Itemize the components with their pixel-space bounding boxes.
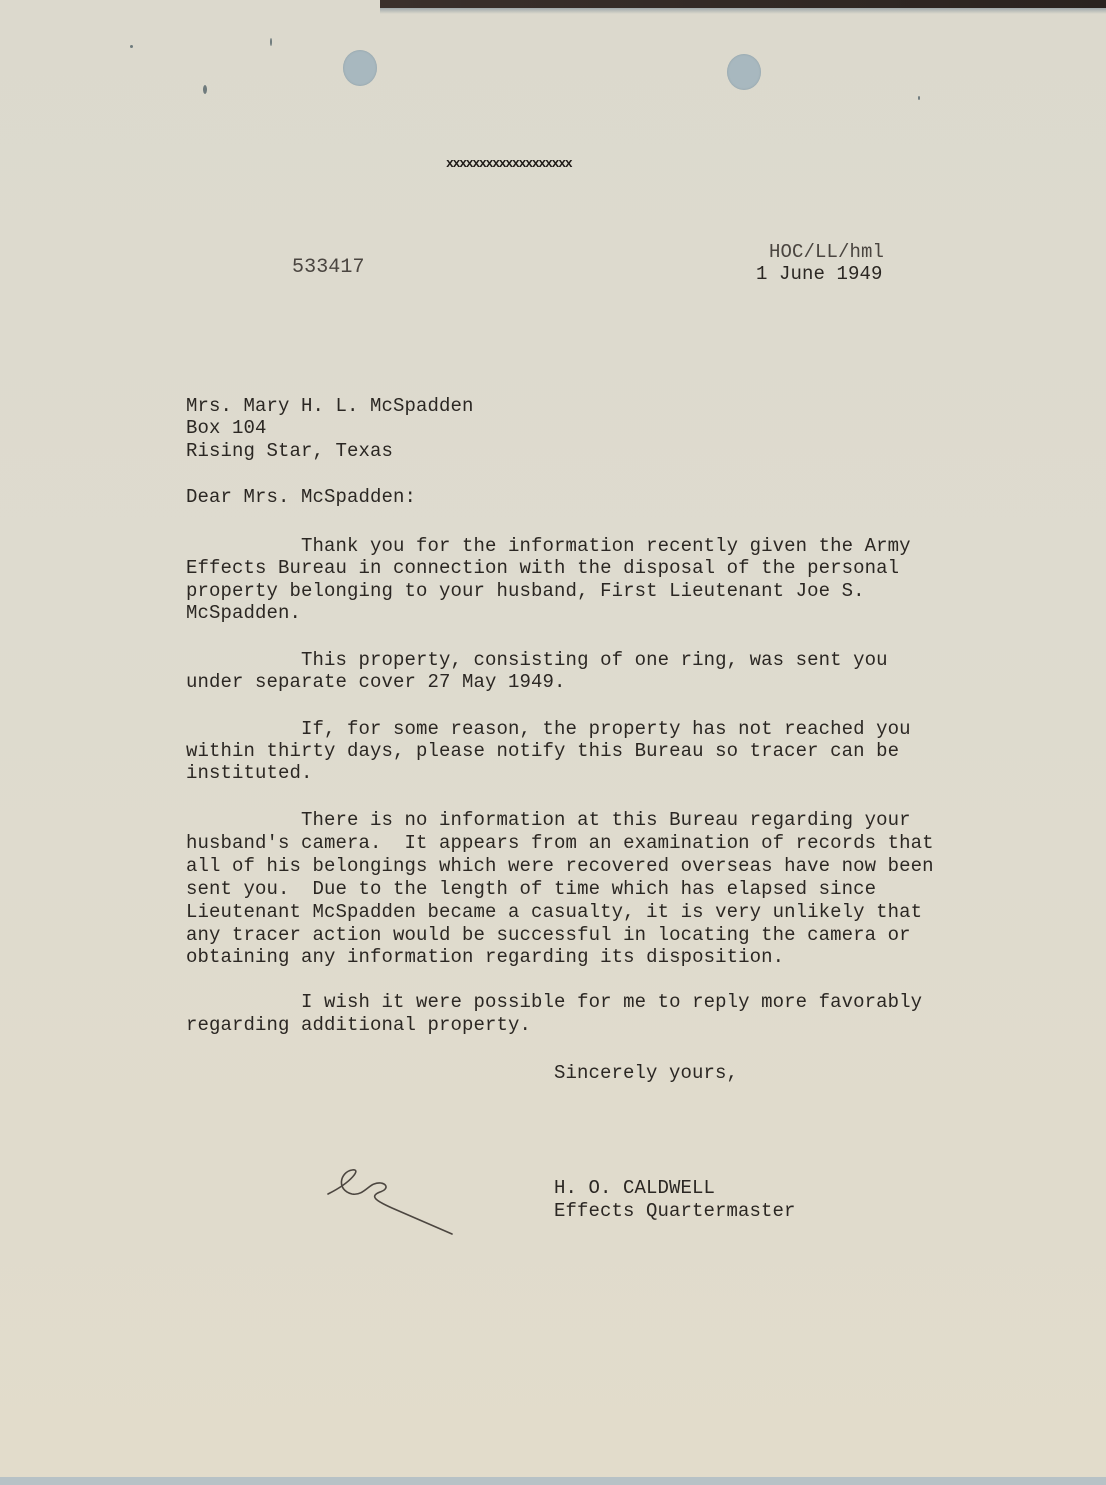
scan-bottom-edge <box>0 1477 1106 1485</box>
closing: Sincerely yours, <box>554 1062 738 1085</box>
letter-page: xxxxxxxxxxxxxxxxxxx 533417 HOC/LL/hml 1 … <box>0 0 1106 1485</box>
paper-speck <box>130 45 133 48</box>
body-line: husband's camera. It appears from an exa… <box>186 832 934 855</box>
scan-top-edge <box>380 0 1106 8</box>
body-line: McSpadden. <box>186 602 301 625</box>
body-line: obtaining any information regarding its … <box>186 946 784 969</box>
body-line: property belonging to your husband, Firs… <box>186 580 865 603</box>
paper-speck <box>203 85 207 94</box>
body-line: There is no information at this Bureau r… <box>186 809 911 832</box>
body-line: Thank you for the information recently g… <box>186 535 911 558</box>
signer-name: H. O. CALDWELL <box>554 1177 715 1200</box>
body-line: sent you. Due to the length of time whic… <box>186 878 876 901</box>
recipient-city: Rising Star, Texas <box>186 440 393 463</box>
signature-initials-icon <box>322 1160 462 1240</box>
body-line: Effects Bureau in connection with the di… <box>186 557 899 580</box>
recipient-name: Mrs. Mary H. L. McSpadden <box>186 395 474 418</box>
body-line: This property, consisting of one ring, w… <box>186 649 888 672</box>
body-line: Lieutenant McSpadden became a casualty, … <box>186 901 922 924</box>
recipient-box: Box 104 <box>186 417 267 440</box>
punch-hole-right <box>727 54 761 90</box>
paper-speck <box>918 96 920 100</box>
body-line: any tracer action would be successful in… <box>186 924 911 947</box>
letter-date: 1 June 1949 <box>756 263 883 286</box>
body-line: regarding additional property. <box>186 1014 531 1037</box>
body-line: I wish it were possible for me to reply … <box>186 991 922 1014</box>
salutation: Dear Mrs. McSpadden: <box>186 486 416 509</box>
body-line: within thirty days, please notify this B… <box>186 740 899 763</box>
signer-title: Effects Quartermaster <box>554 1200 796 1223</box>
paper-speck <box>270 38 272 46</box>
punch-hole-left <box>343 50 377 86</box>
scan-top-shadow <box>380 8 1106 14</box>
body-line: If, for some reason, the property has no… <box>186 718 911 741</box>
header-strikeout-mark: xxxxxxxxxxxxxxxxxxx <box>446 153 571 176</box>
file-number: 533417 <box>292 257 365 280</box>
reference-code: HOC/LL/hml <box>769 241 884 264</box>
body-line: instituted. <box>186 762 313 785</box>
body-line: all of his belongings which were recover… <box>186 855 934 878</box>
body-line: under separate cover 27 May 1949. <box>186 671 566 694</box>
